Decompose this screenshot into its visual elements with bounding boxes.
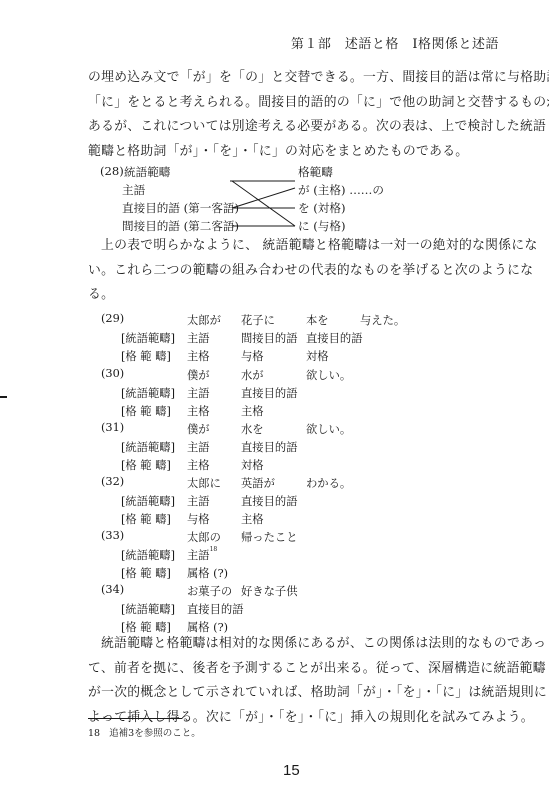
example-word: 僕が xyxy=(187,367,210,383)
text-line: い。これら二つの範疇の組み合わせの代表的なものを挙げると次のようにな xyxy=(88,259,504,284)
case-value: 対格 xyxy=(241,457,264,473)
example-word: 水を xyxy=(241,421,264,437)
case-value: 主格 xyxy=(187,457,210,473)
syntactic-value: 直接目的語 xyxy=(241,439,298,455)
footnote-number: 18 xyxy=(88,728,100,739)
example-number: (33) xyxy=(101,529,124,542)
example-number: (30) xyxy=(101,367,124,380)
text-line: る。 xyxy=(88,283,504,308)
syntactic-value-text: 主語 xyxy=(187,549,210,562)
case-value: 与格 xyxy=(241,348,264,364)
case-value: 主格 xyxy=(187,403,210,419)
case-label: [格 範 疇] xyxy=(121,457,171,473)
text-line: て、前者を拠に、後者を予測することが出来る。従って、深層構造に統語範疇 xyxy=(88,657,504,682)
example-word: 僕が xyxy=(187,421,210,437)
case-label: [格 範 疇] xyxy=(121,565,171,581)
page-number: 15 xyxy=(283,762,300,779)
syntactic-value: 間接目的語 xyxy=(241,330,298,346)
syntactic-value: 主語 xyxy=(187,439,210,455)
text-line: 上の表で明らかなように、 統語範疇と格範疇は一対一の絶対的な関係にな xyxy=(88,234,504,259)
example-word: 欲しい。 xyxy=(306,421,351,437)
case-value: 対格 xyxy=(306,348,329,364)
example-word: 水が xyxy=(241,367,264,383)
syntactic-label: [統語範疇] xyxy=(121,330,175,346)
example-word: 太郎の xyxy=(187,529,221,545)
example-word: 英語が xyxy=(241,475,275,491)
example-word: わかる。 xyxy=(306,475,351,491)
syntactic-value: 直接目的語 xyxy=(241,385,298,401)
case-value: 主格 xyxy=(241,511,264,527)
case-value: 主格 xyxy=(241,403,264,419)
example-number: (29) xyxy=(101,312,124,325)
syntactic-value: 直接目的語 xyxy=(306,330,363,346)
syntactic-value: 主語 xyxy=(187,385,210,401)
footnote: 18 追補3を参照のこと。 xyxy=(88,725,201,739)
syntactic-label: [統語範疇] xyxy=(121,601,175,617)
syntactic-label: [統語範疇] xyxy=(121,439,175,455)
text-line: が一次的概念として示されていれば、格助詞「が」・「を」・「に」は統語規則に xyxy=(88,681,504,706)
syntactic-value: 主語18 xyxy=(187,547,217,563)
case-label: [格 範 疇] xyxy=(121,348,171,364)
syntactic-value: 主語 xyxy=(187,493,210,509)
example-word: 欲しい。 xyxy=(306,367,351,383)
example-number: (32) xyxy=(101,475,124,488)
paragraph-2: 上の表で明らかなように、 統語範疇と格範疇は一対一の絶対的な関係にな い。これら… xyxy=(88,234,504,308)
case-value: 属格 (?) xyxy=(187,565,228,581)
example-word: 花子に xyxy=(241,312,275,328)
text-line: 統語範疇と格範疇は相対的な関係にあるが、この関係は法則的なものであっ xyxy=(88,632,504,657)
syntactic-label: [統語範疇] xyxy=(121,547,175,563)
case-value: 与格 xyxy=(187,511,210,527)
example-word: お菓子の xyxy=(187,583,232,599)
example-word: 太郎に xyxy=(187,475,221,491)
syntactic-label: [統語範疇] xyxy=(121,385,175,401)
example-number: (34) xyxy=(101,583,124,596)
case-value: 主格 xyxy=(187,348,210,364)
example-word: 本を xyxy=(306,312,329,328)
paragraph-3: 統語範疇と格範疇は相対的な関係にあるが、この関係は法則的なものであっ て、前者を… xyxy=(88,632,504,730)
example-word: 帰ったこと xyxy=(241,529,298,545)
syntactic-value: 主語 xyxy=(187,330,210,346)
footnote-ref[interactable]: 18 xyxy=(210,546,218,553)
case-label: [格 範 疇] xyxy=(121,511,171,527)
footnote-text: 追補3を参照のこと。 xyxy=(109,728,201,739)
syntactic-value: 直接目的語 xyxy=(187,601,244,617)
footnote-rule xyxy=(88,718,182,719)
example-word: 太郎が xyxy=(187,312,221,328)
example-number: (31) xyxy=(101,421,124,434)
example-word: 好きな子供 xyxy=(241,583,298,599)
syntactic-value: 直接目的語 xyxy=(241,493,298,509)
example-word: 与えた。 xyxy=(360,312,405,328)
case-label: [格 範 疇] xyxy=(121,403,171,419)
syntactic-label: [統語範疇] xyxy=(121,493,175,509)
